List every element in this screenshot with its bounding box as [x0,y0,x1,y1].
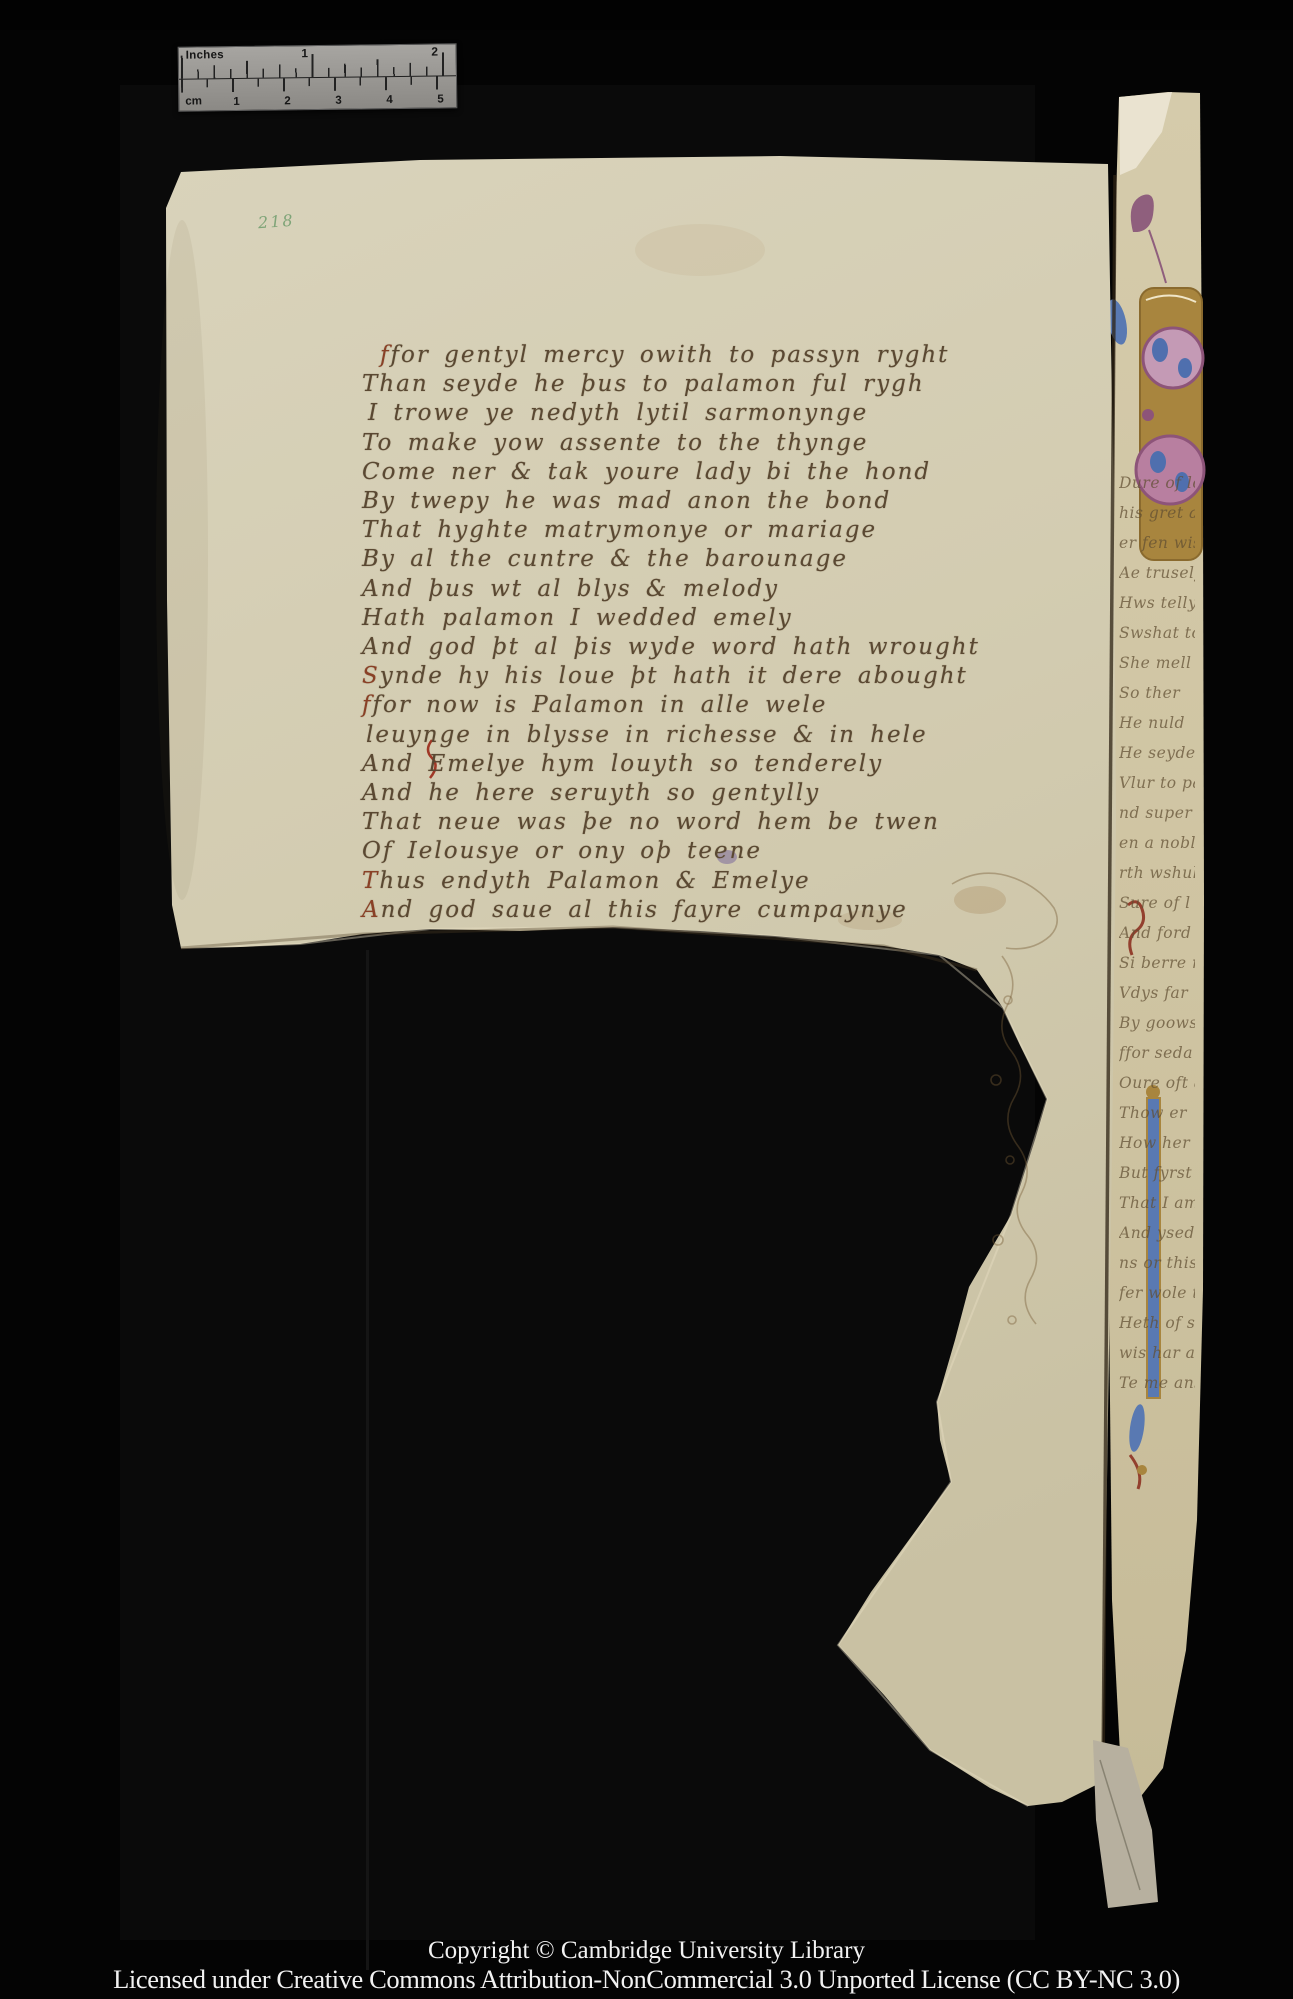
facing-page-line: Vdys far [1119,978,1195,1008]
manuscript-photo-svg [0,0,1293,1999]
facing-page-line: She mell [1119,648,1195,678]
cm-numbers: 12345 [179,76,456,110]
folio-number: 218 [257,211,295,233]
manuscript-line: And god saue al this fayre cumpaynye [362,896,1052,925]
facing-page-line: And ford a [1119,918,1195,948]
facing-page-line: By goows [1119,1008,1195,1038]
manuscript-line: leuynge in blysse in richesse & in hele [366,721,1052,750]
stain [635,224,765,276]
cm-number: 3 [335,95,347,107]
facing-page-line: en a nobl [1119,828,1195,858]
caption-license: Licensed under Creative Commons Attribut… [0,1965,1293,1994]
manuscript-line: Than seyde he þus to palamon ful rygh [362,370,1052,399]
manuscript-line: Come ner & tak youre lady bi the hond [362,458,1052,487]
facing-page-line: ns or this [1119,1248,1195,1278]
manuscript-line: And god þt al þis wyde word hath wrought [362,633,1052,662]
facing-page-line: rth wshul [1119,858,1195,888]
facing-page-line: Ae trusely [1119,558,1195,588]
manuscript-line: That neue was þe no word hem be twen [362,808,1052,837]
facing-page-text: Dure of louhis gret aer fen wisAe trusel… [1119,468,1195,1403]
cm-number: 5 [437,93,449,105]
cm-number: 1 [233,96,245,108]
ruler: Inches 12 cm 12345 [178,43,458,111]
facing-page-line: his gret a [1119,498,1195,528]
manuscript-line: By twepy he was mad anon the bond [362,487,1052,516]
caption: Copyright © Cambridge University Library… [0,1936,1293,1994]
manuscript-line: Hath palamon I wedded emely [362,604,1052,633]
facing-page-line: Si berre n [1119,948,1195,978]
manuscript-line: And þus wt al blys & melody [362,575,1052,604]
facing-page-line: So ther [1119,678,1195,708]
manuscript-line: And Emelye hym louyth so tenderely [362,750,1052,779]
facing-page-line: Heth of ser [1119,1308,1195,1338]
manuscript-text: ffor gentyl mercy owith to passyn ryghtT… [362,341,1052,925]
facing-page-line: Sure of l [1119,888,1195,918]
cm-number: 4 [386,94,398,106]
facing-page-line: Oure oft a [1119,1068,1195,1098]
manuscript-line: Synde hy his loue þt hath it dere abough… [362,662,1052,691]
manuscript-line: ffor gentyl mercy owith to passyn ryght [380,341,1052,370]
backing-crease [366,950,369,1970]
inch-number: 1 [299,46,311,60]
facing-page-line: Te me ansu [1119,1368,1195,1398]
facing-page-line: He nuld [1119,708,1195,738]
inch-numbers: 12 [179,44,456,78]
manuscript-line: Thus endyth Palamon & Emelye [362,867,1052,896]
facing-page-line: Thow er [1119,1098,1195,1128]
manuscript-line: And he here seruyth so gentylly [362,779,1052,808]
photo-stage: Inches 12 cm 12345 218 ffor gentyl mercy… [0,0,1293,1999]
facing-page-line: How her [1119,1128,1195,1158]
facing-page-line: That I am [1119,1188,1195,1218]
manuscript-line: I trowe ye nedyth lytil sarmonynge [368,399,1052,428]
ruler-cm-scale: cm 12345 [179,75,456,110]
manuscript-line: ffor now is Palamon in alle wele [362,691,1052,720]
manuscript-line: By al the cuntre & the barounage [362,545,1052,574]
caption-copyright: Copyright © Cambridge University Library [0,1936,1293,1965]
facing-page-line: Vlur to pal [1119,768,1195,798]
facing-page-line: wis har at [1119,1338,1195,1368]
facing-page-line: ffor seda h [1119,1038,1195,1068]
manuscript-line: Of Ielousye or ony oþ teene [362,837,1052,866]
facing-page-line: fer wole tel [1119,1278,1195,1308]
facing-page-line: Dure of lou [1119,468,1195,498]
ruler-inches-scale: Inches 12 [179,44,456,78]
facing-page-line: He seyde [1119,738,1195,768]
manuscript-line: To make yow assente to the thynge [362,429,1052,458]
cm-number: 2 [284,95,296,107]
facing-page-line: er fen wis [1119,528,1195,558]
facing-page-line: But fyrst [1119,1158,1195,1188]
facing-page-line: Swshat to [1119,618,1195,648]
facing-page-line: Hws tellyt [1119,588,1195,618]
inch-number: 2 [429,44,441,58]
manuscript-line: That hyghte matrymonye or mariage [362,516,1052,545]
facing-page-line: nd super b [1119,798,1195,828]
facing-page-line: And ysede [1119,1218,1195,1248]
